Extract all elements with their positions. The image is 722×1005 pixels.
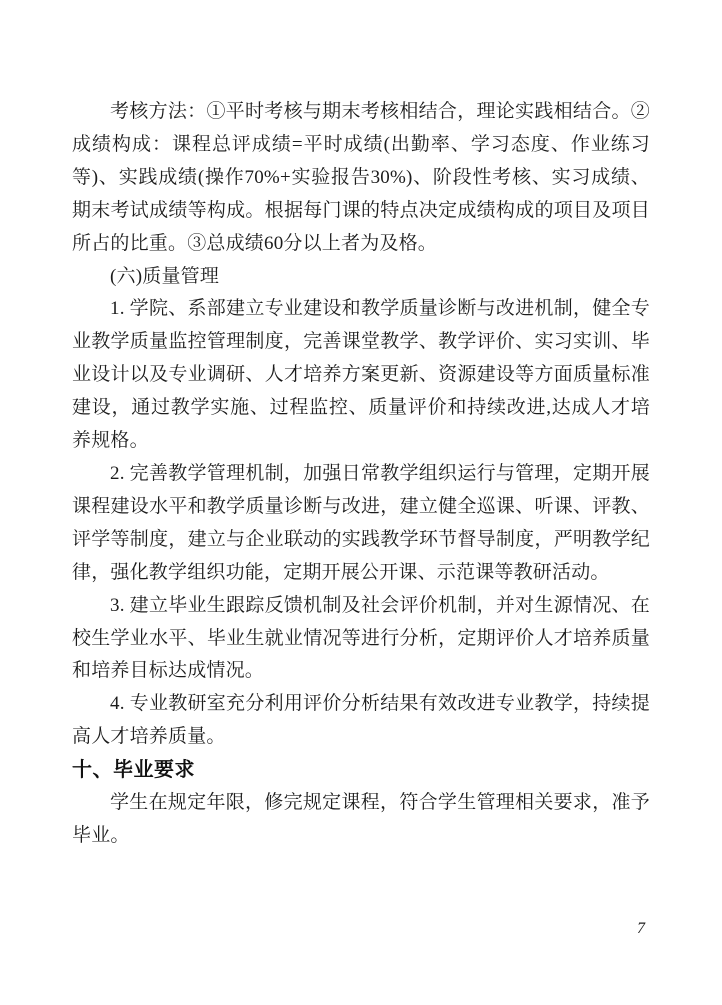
- page-number: 7: [626, 920, 656, 938]
- subsection-heading-quality-management: (六)质量管理: [72, 261, 650, 294]
- paragraph-quality-item-3: 3. 建立毕业生跟踪反馈机制及社会评价机制，并对生源情况、在校生学业水平、毕业生…: [72, 590, 650, 689]
- paragraph-quality-item-4: 4. 专业教研室充分利用评价分析结果有效改进专业教学，持续提高人才培养质量。: [72, 688, 650, 754]
- section-heading-graduation-requirements: 十、毕业要求: [72, 754, 650, 787]
- paragraph-quality-item-2: 2. 完善教学管理机制，加强日常教学组织运行与管理，定期开展课程建设水平和教学质…: [72, 458, 650, 590]
- paragraph-graduation-requirements: 学生在规定年限，修完规定课程，符合学生管理相关要求，准予毕业。: [72, 787, 650, 853]
- document-body: 考核方法：①平时考核与期末考核相结合，理论实践相结合。②成绩构成：课程总评成绩=…: [72, 96, 650, 853]
- paragraph-quality-item-1: 1. 学院、系部建立专业建设和教学质量诊断与改进机制，健全专业教学质量监控管理制…: [72, 293, 650, 458]
- paragraph-assessment-method: 考核方法：①平时考核与期末考核相结合，理论实践相结合。②成绩构成：课程总评成绩=…: [72, 96, 650, 261]
- document-page: 考核方法：①平时考核与期末考核相结合，理论实践相结合。②成绩构成：课程总评成绩=…: [0, 0, 722, 1005]
